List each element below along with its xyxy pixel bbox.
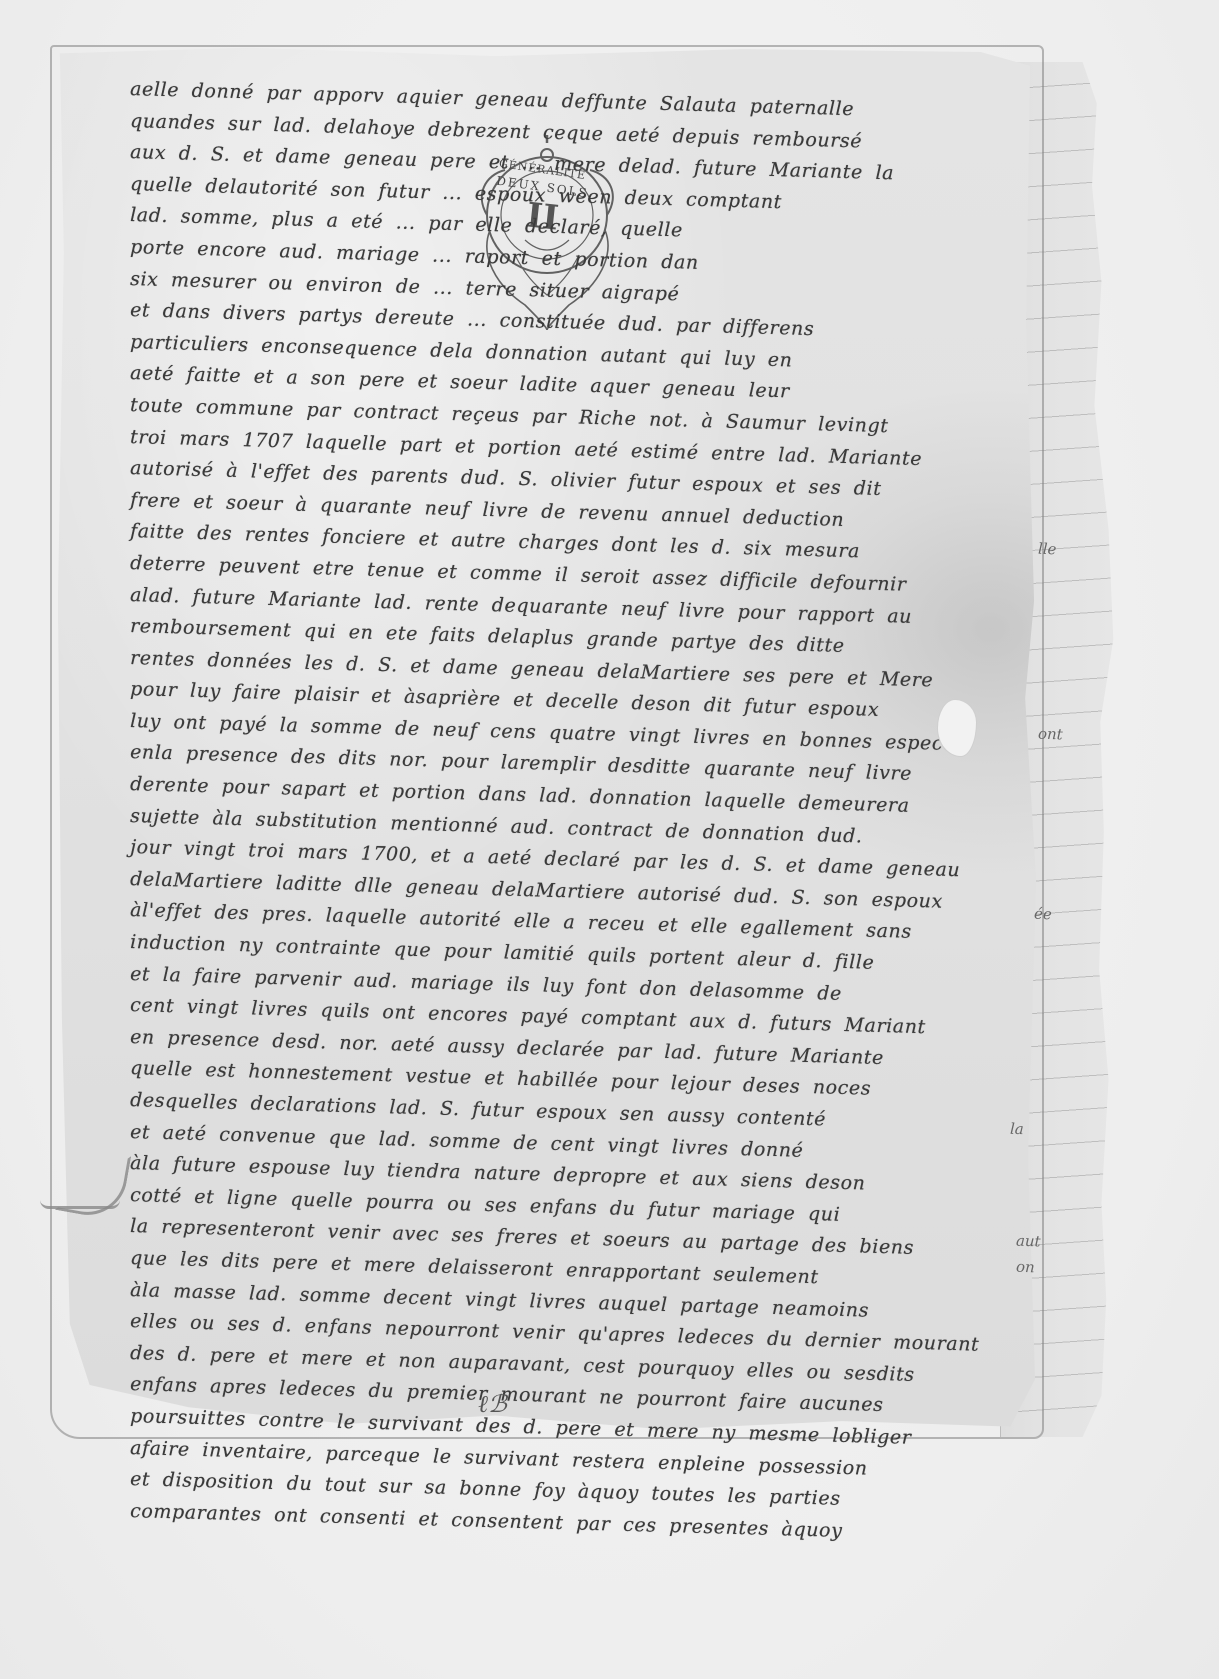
margin-fragment: on xyxy=(1016,1258,1035,1277)
torn-hole xyxy=(938,700,976,756)
margin-fragment: la xyxy=(1010,1120,1024,1138)
binding-string-tail xyxy=(40,1200,120,1209)
margin-fragment: ée xyxy=(1034,905,1052,924)
signature-flourish: ℓℬ xyxy=(478,1390,507,1419)
margin-fragment: aut xyxy=(1016,1232,1041,1251)
margin-fragment: ont xyxy=(1038,725,1063,744)
margin-fragment: lle xyxy=(1038,540,1057,559)
manuscript-text: aelle donné par apporv aquier geneau def… xyxy=(130,78,1010,1531)
